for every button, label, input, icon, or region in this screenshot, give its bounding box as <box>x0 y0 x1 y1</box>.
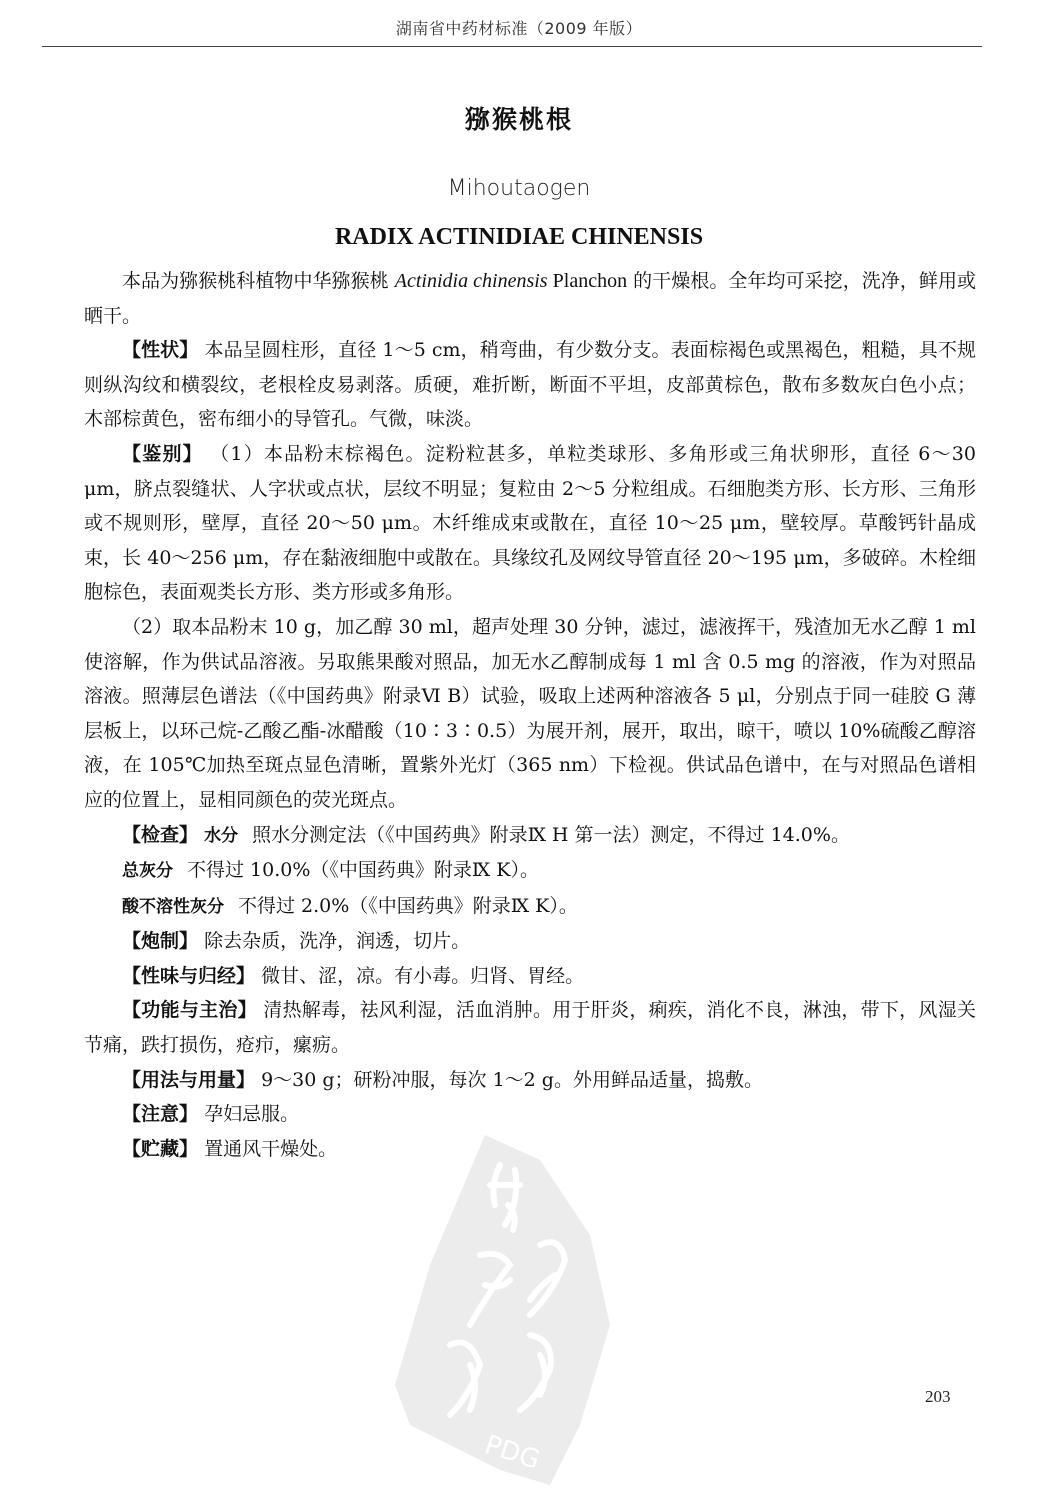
identification-item-2: （2）取本品粉末 10 g，加乙醇 30 ml，超声处理 30 分钟，滤过，滤液… <box>84 616 976 811</box>
exam-item-name: 水分 <box>204 826 238 846</box>
section-label: 【鉴别】 <box>122 443 203 465</box>
section-label: 【功能与主治】 <box>122 999 257 1021</box>
exam-item-text: 照水分测定法（《中国药典》附录Ⅸ H 第一法）测定，不得过 14.0%。 <box>252 824 850 846</box>
exam-item-name: 酸不溶性灰分 <box>122 897 224 917</box>
section-label: 【性状】 <box>122 339 198 361</box>
exam-item-text: 不得过 10.0%（《中国药典》附录Ⅸ K）。 <box>187 859 539 881</box>
monograph-title-pinyin: Mihoutaogen <box>0 176 1038 201</box>
exam-acid-insoluble-ash: 酸不溶性灰分不得过 2.0%（《中国药典》附录Ⅸ K）。 <box>84 889 976 925</box>
exam-total-ash: 总灰分不得过 10.0%（《中国药典》附录Ⅸ K）。 <box>84 853 976 889</box>
monograph-title-latin: RADIX ACTINIDIAE CHINENSIS <box>0 224 1038 251</box>
intro-text-1: 本品为猕猴桃科植物中华猕猴桃 <box>122 270 395 292</box>
examination-section: 【检查】 水分照水分测定法（《中国药典》附录Ⅸ H 第一法）测定，不得过 14.… <box>84 818 976 854</box>
section-text: 置通风干燥处。 <box>204 1138 337 1160</box>
precautions-section: 【注意】 孕妇忌服。 <box>84 1097 976 1132</box>
intro-paragraph: 本品为猕猴桃科植物中华猕猴桃 Actinidia chinensis Planc… <box>84 264 976 333</box>
nature-meridian-section: 【性味与归经】 微甘、涩，凉。有小毒。归肾、胃经。 <box>84 959 976 994</box>
section-label: 【检查】 <box>122 824 198 846</box>
section-label: 【炮制】 <box>122 930 198 952</box>
section-label: 【贮藏】 <box>122 1138 198 1160</box>
functions-section: 【功能与主治】 清热解毒，祛风利湿，活血消肿。用于肝炎，痢疾，消化不良，淋浊，带… <box>84 993 976 1062</box>
section-text: 微甘、涩，凉。有小毒。归肾、胃经。 <box>261 965 584 987</box>
monograph-body: 本品为猕猴桃科植物中华猕猴桃 Actinidia chinensis Planc… <box>84 264 976 1166</box>
section-text: 孕妇忌服。 <box>204 1103 299 1125</box>
section-label: 【注意】 <box>122 1103 198 1125</box>
section-label: 【用法与用量】 <box>122 1069 255 1091</box>
section-text: 9～30 g；研粉冲服，每次 1～2 g。外用鲜品适量，捣敷。 <box>261 1069 763 1091</box>
identification-item-1: （1）本品粉末棕褐色。淀粉粒甚多，单粒类球形、多角形或三角状卵形，直径 6～30… <box>84 443 976 603</box>
running-header: 湖南省中药材标准（2009 年版） <box>0 16 1038 39</box>
section-text: 本品呈圆柱形，直径 1～5 cm，稍弯曲，有少数分支。表面棕褐色或黑褐色，粗糙，… <box>84 339 976 430</box>
exam-item-text: 不得过 2.0%（《中国药典》附录Ⅸ K）。 <box>238 895 578 917</box>
description-section: 【性状】 本品呈圆柱形，直径 1～5 cm，稍弯曲，有少数分支。表面棕褐色或黑褐… <box>84 333 976 437</box>
identification-section: 【鉴别】 （1）本品粉末棕褐色。淀粉粒甚多，单粒类球形、多角形或三角状卵形，直径… <box>84 437 976 610</box>
identification-item-2-paragraph: （2）取本品粉末 10 g，加乙醇 30 ml，超声处理 30 分钟，滤过，滤液… <box>84 610 976 818</box>
storage-section: 【贮藏】 置通风干燥处。 <box>84 1132 976 1167</box>
species-name: Actinidia chinensis <box>395 270 548 292</box>
exam-item-name: 总灰分 <box>122 861 173 881</box>
section-label: 【性味与归经】 <box>122 965 255 987</box>
page-number: 203 <box>925 1387 951 1407</box>
processing-section: 【炮制】 除去杂质，洗净，润透，切片。 <box>84 924 976 959</box>
pdg-seal-watermark-icon: PDG <box>390 1125 630 1495</box>
header-rule <box>42 46 982 47</box>
species-author: Planchon <box>548 270 627 292</box>
dosage-section: 【用法与用量】 9～30 g；研粉冲服，每次 1～2 g。外用鲜品适量，捣敷。 <box>84 1063 976 1098</box>
monograph-title-chinese: 猕猴桃根 <box>0 100 1038 136</box>
section-text: 除去杂质，洗净，润透，切片。 <box>204 930 470 952</box>
